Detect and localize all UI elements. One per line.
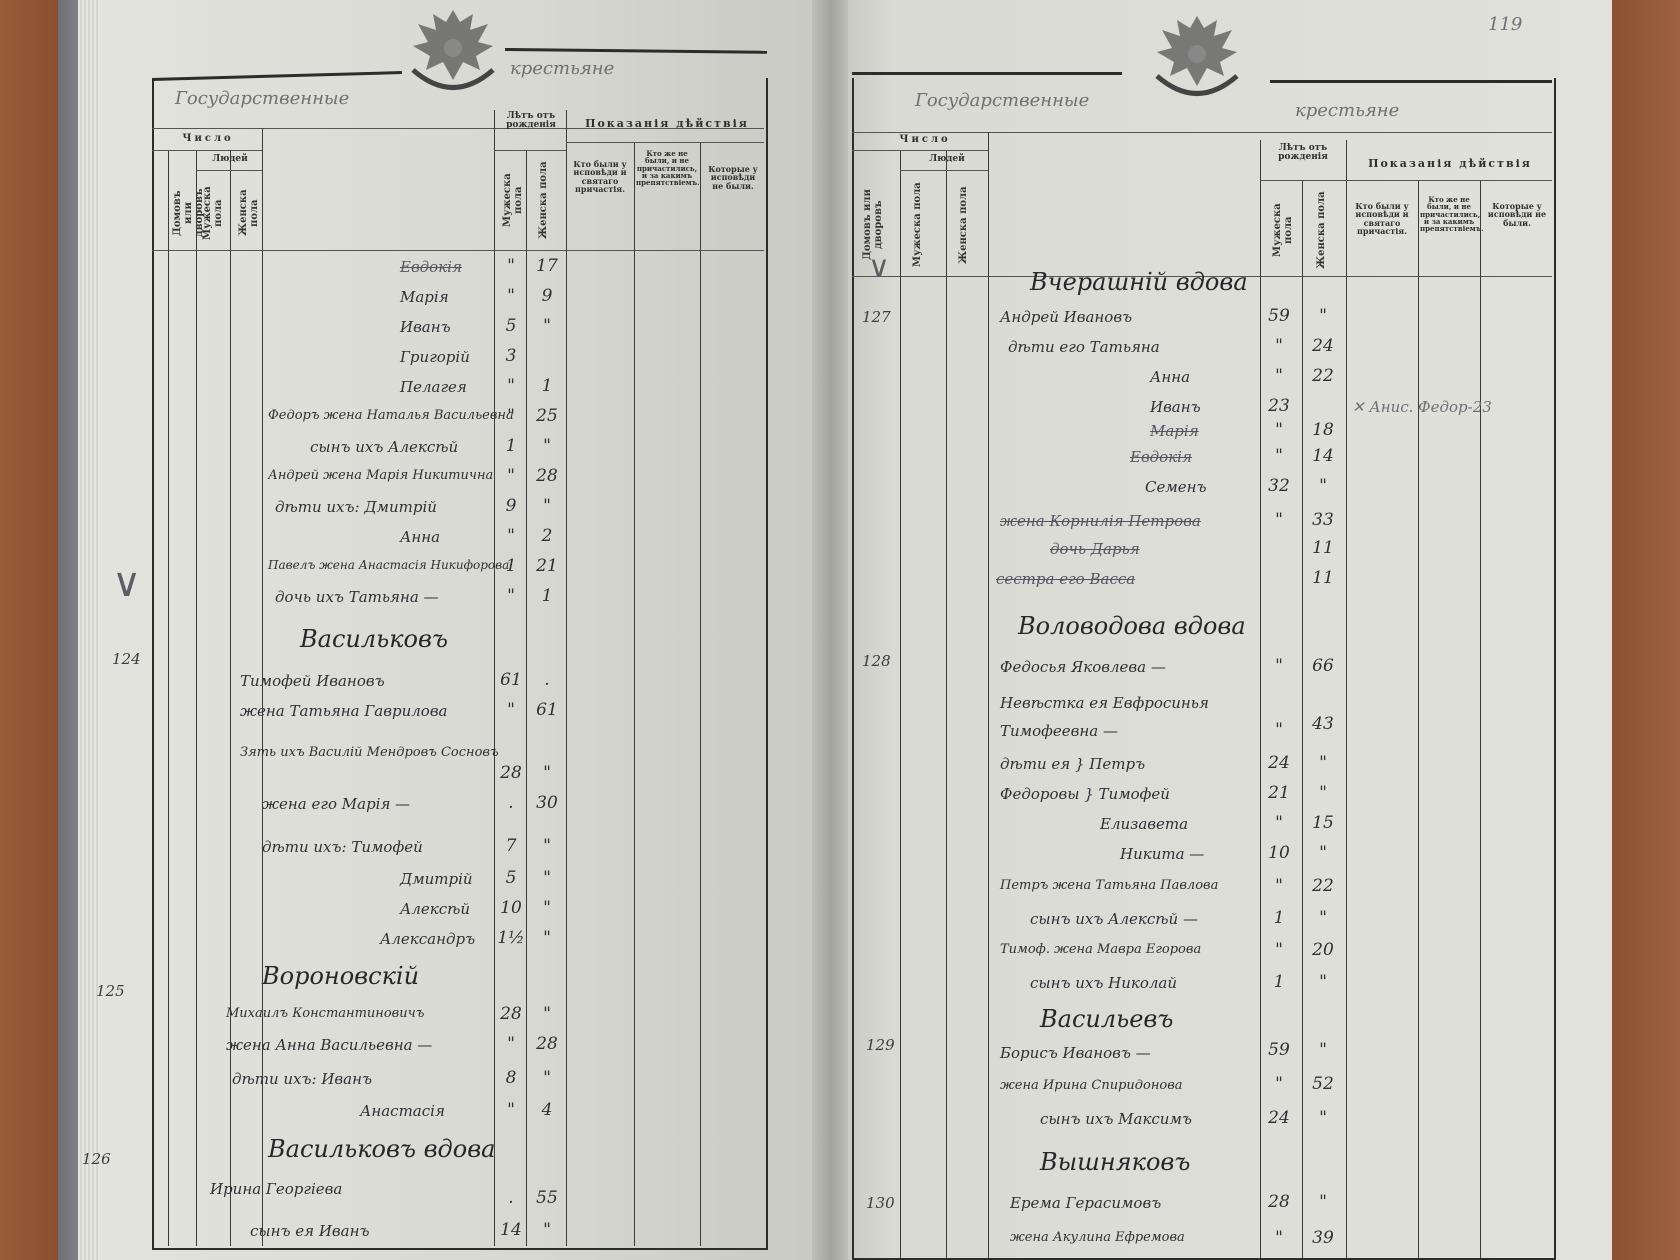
right-chislo-rule	[852, 150, 988, 151]
left-header-col-b: Кто же не были, и не причастились, и за …	[636, 150, 698, 187]
left-col-divider-3	[230, 150, 231, 1246]
left-header-bottom-rule	[152, 250, 764, 251]
right-col-divider-1	[900, 150, 901, 1258]
left-header-let: Лѣтъ отъ рожденія	[498, 112, 564, 131]
right-col-divider-names	[988, 132, 989, 1258]
right-liudei-rule	[900, 170, 988, 171]
left-col-divider-b	[634, 142, 635, 1246]
tick-mark-right: ∨	[868, 250, 890, 285]
desk-surface-right	[1610, 0, 1680, 1260]
left-chislo-rule	[152, 150, 262, 151]
left-header-col-a: Кто были у исповѣди и святаго причастія.	[568, 160, 632, 194]
right-col-divider-c	[1480, 180, 1481, 1258]
right-col-divider-b	[1418, 180, 1419, 1258]
right-header-age-m: Мужеска пола	[1272, 190, 1294, 270]
right-header-chislo: Число	[880, 135, 970, 146]
left-header-col-c: Которые у исповѣди не были.	[704, 165, 762, 190]
right-col-divider-pokaz	[1346, 140, 1347, 1258]
left-header-muzh: Мужеска пола	[202, 178, 224, 248]
imperial-eagle-emblem-right	[1142, 6, 1252, 116]
imperial-eagle-emblem-left	[398, 0, 508, 110]
left-col-divider-c	[700, 142, 701, 1246]
left-header-chislo: Число	[168, 134, 248, 145]
right-header-pokazaniya: Показанія дѣйствія	[1350, 158, 1550, 170]
right-header-liudei: Людей	[912, 155, 982, 164]
left-col-divider-1	[168, 150, 169, 1246]
right-col-divider-2	[946, 150, 947, 1258]
right-header-col-a: Кто были у исповѣди и святаго причастія.	[1348, 202, 1416, 236]
right-col-divider-age-m	[1260, 140, 1261, 1258]
right-header-col-c: Которые у исповѣди не были.	[1484, 202, 1550, 227]
right-header-col-b: Кто же не были, и не причастились, и за …	[1420, 196, 1478, 233]
right-header-rule	[852, 132, 1552, 133]
right-pokaz-rule	[1260, 180, 1552, 181]
right-col-divider-age-f	[1302, 180, 1303, 1258]
left-liudei-rule	[196, 170, 262, 171]
left-col-divider-2	[196, 150, 197, 1246]
left-title-handwritten-b: крестьяне	[510, 58, 614, 79]
left-header-liudei: Людей	[205, 155, 255, 164]
left-header-domov: Домовъ или дворовъ	[172, 178, 205, 248]
left-col-divider-pokaz	[566, 110, 567, 1246]
marginal-note: ✕ Анис. Федор-23	[1352, 398, 1492, 416]
page-number-pencil: 119	[1488, 14, 1522, 35]
book-gutter	[812, 0, 848, 1260]
left-title-handwritten-a: Государственные	[175, 88, 349, 109]
left-header-age-m: Мужеска пола	[502, 160, 524, 240]
left-age-rule	[494, 150, 566, 151]
left-header-age-f: Женска пола	[538, 160, 549, 240]
left-header-pokazaniya: Показанія дѣйствія	[570, 118, 764, 130]
right-header-let: Лѣтъ отъ рожденія	[1262, 144, 1344, 163]
right-title-handwritten-a: Государственные	[915, 90, 1089, 111]
left-header-zhen: Женска пола	[238, 178, 260, 248]
right-header-age-f: Женска пола	[1316, 190, 1327, 270]
right-top-rule-a	[852, 72, 1122, 75]
right-title-handwritten-b: крестьяне	[1295, 100, 1399, 121]
right-header-muzh: Мужеска пола	[912, 180, 923, 270]
page-stack-edge	[78, 0, 100, 1260]
right-top-rule-b	[1270, 80, 1552, 83]
left-pokaz-rule	[566, 142, 764, 143]
tick-mark-left: ∨	[112, 560, 141, 606]
right-header-zhen: Женска пола	[958, 180, 969, 270]
